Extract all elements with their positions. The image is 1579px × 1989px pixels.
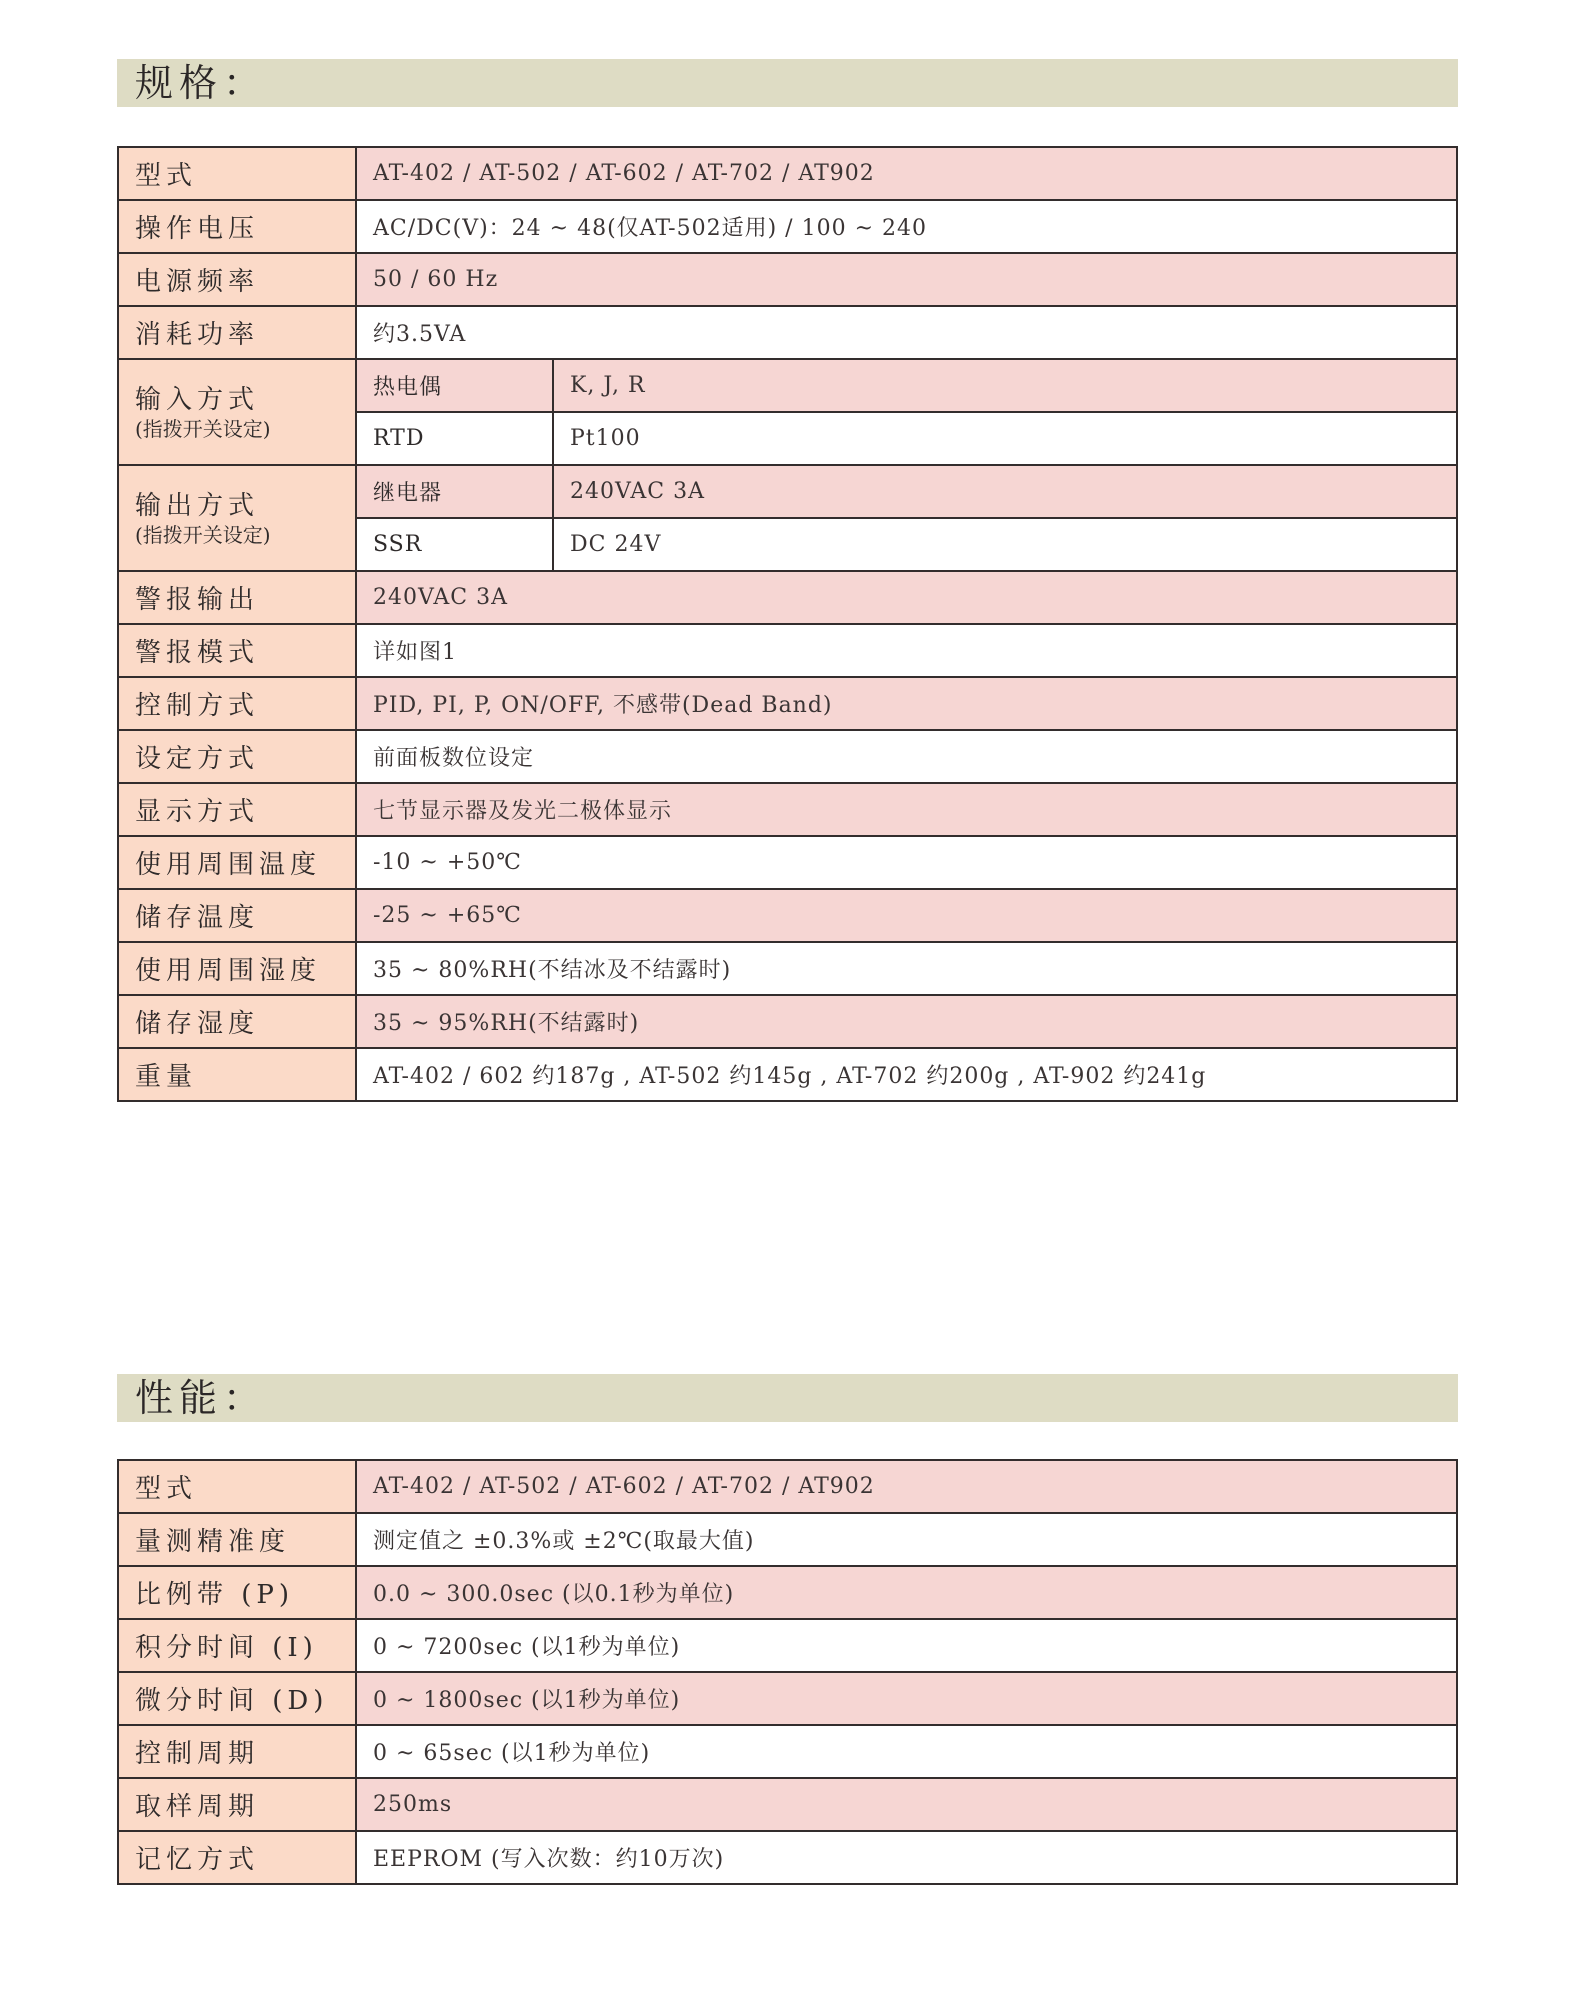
spec-table: 型式 AT-402 / AT-502 / AT-602 / AT-702 / A… (117, 146, 1458, 1102)
output-value: DC 24V (553, 518, 1457, 571)
performance-table: 型式 AT-402 / AT-502 / AT-602 / AT-702 / A… (117, 1459, 1458, 1885)
table-row: 微分时间 (D) 0 ~ 1800sec (以1秒为单位) (118, 1672, 1457, 1725)
output-note: (指拨开关设定) (135, 523, 355, 547)
row-value: AT-402 / AT-502 / AT-602 / AT-702 / AT90… (356, 147, 1457, 200)
row-value: 240VAC 3A (356, 571, 1457, 624)
row-value: 35 ~ 80%RH(不结冰及不结露时) (356, 942, 1457, 995)
row-value: 测定值之 ±0.3%或 ±2℃(取最大值) (356, 1513, 1457, 1566)
spec-section-header: 规格： (117, 59, 1458, 107)
spec-section-title: 规格： (135, 60, 267, 106)
output-label: 输出方式 (135, 489, 355, 523)
table-row: 型式 AT-402 / AT-502 / AT-602 / AT-702 / A… (118, 1460, 1457, 1513)
row-label: 重量 (118, 1048, 356, 1101)
row-value: EEPROM (写入次数：约10万次) (356, 1831, 1457, 1884)
row-label: 储存温度 (118, 889, 356, 942)
table-row: 记忆方式 EEPROM (写入次数：约10万次) (118, 1831, 1457, 1884)
output-label-cell: 输出方式 (指拨开关设定) (118, 465, 356, 571)
input-type: 热电偶 (356, 359, 553, 412)
row-label: 型式 (118, 1460, 356, 1513)
input-note: (指拨开关设定) (135, 417, 355, 441)
table-row: 使用周围湿度 35 ~ 80%RH(不结冰及不结露时) (118, 942, 1457, 995)
table-row: 警报模式 详如图1 (118, 624, 1457, 677)
row-label: 警报模式 (118, 624, 356, 677)
row-label: 使用周围温度 (118, 836, 356, 889)
row-label: 操作电压 (118, 200, 356, 253)
row-value: PID, PI, P, ON/OFF, 不感带(Dead Band) (356, 677, 1457, 730)
row-label: 显示方式 (118, 783, 356, 836)
performance-section-header: 性能： (117, 1374, 1458, 1422)
row-label: 警报输出 (118, 571, 356, 624)
row-label: 使用周围湿度 (118, 942, 356, 995)
output-type: 继电器 (356, 465, 553, 518)
row-label: 控制周期 (118, 1725, 356, 1778)
input-value: Pt100 (553, 412, 1457, 465)
row-value: -25 ~ +65℃ (356, 889, 1457, 942)
row-value: AT-402 / AT-502 / AT-602 / AT-702 / AT90… (356, 1460, 1457, 1513)
table-row: 显示方式 七节显示器及发光二极体显示 (118, 783, 1457, 836)
input-row: 输入方式 (指拨开关设定) 热电偶 K, J, R (118, 359, 1457, 412)
row-label: 设定方式 (118, 730, 356, 783)
output-row: 输出方式 (指拨开关设定) 继电器 240VAC 3A (118, 465, 1457, 518)
row-value: -10 ~ +50℃ (356, 836, 1457, 889)
input-type: RTD (356, 412, 553, 465)
row-label: 积分时间 (I) (118, 1619, 356, 1672)
row-label: 储存湿度 (118, 995, 356, 1048)
row-label: 比例带 (P) (118, 1566, 356, 1619)
row-value: 七节显示器及发光二极体显示 (356, 783, 1457, 836)
table-row: 取样周期 250ms (118, 1778, 1457, 1831)
table-row: 重量 AT-402 / 602 约187g , AT-502 约145g , A… (118, 1048, 1457, 1101)
row-label: 电源频率 (118, 253, 356, 306)
row-value: 0 ~ 1800sec (以1秒为单位) (356, 1672, 1457, 1725)
table-row: 控制周期 0 ~ 65sec (以1秒为单位) (118, 1725, 1457, 1778)
row-label: 取样周期 (118, 1778, 356, 1831)
row-label: 控制方式 (118, 677, 356, 730)
table-row: 设定方式 前面板数位设定 (118, 730, 1457, 783)
input-label-cell: 输入方式 (指拨开关设定) (118, 359, 356, 465)
input-label: 输入方式 (135, 383, 355, 417)
row-label: 记忆方式 (118, 1831, 356, 1884)
table-row: 操作电压 AC/DC(V)：24 ~ 48(仅AT-502适用) / 100 ~… (118, 200, 1457, 253)
row-value: 0 ~ 65sec (以1秒为单位) (356, 1725, 1457, 1778)
performance-section-title: 性能： (135, 1375, 267, 1421)
output-value: 240VAC 3A (553, 465, 1457, 518)
row-value: 0.0 ~ 300.0sec (以0.1秒为单位) (356, 1566, 1457, 1619)
table-row: 使用周围温度 -10 ~ +50℃ (118, 836, 1457, 889)
table-row: 积分时间 (I) 0 ~ 7200sec (以1秒为单位) (118, 1619, 1457, 1672)
row-value: AT-402 / 602 约187g , AT-502 约145g , AT-7… (356, 1048, 1457, 1101)
table-row: 电源频率 50 / 60 Hz (118, 253, 1457, 306)
table-row: 型式 AT-402 / AT-502 / AT-602 / AT-702 / A… (118, 147, 1457, 200)
table-row: 控制方式 PID, PI, P, ON/OFF, 不感带(Dead Band) (118, 677, 1457, 730)
table-row: 消耗功率 约3.5VA (118, 306, 1457, 359)
table-row: 储存湿度 35 ~ 95%RH(不结露时) (118, 995, 1457, 1048)
row-label: 型式 (118, 147, 356, 200)
row-value: 250ms (356, 1778, 1457, 1831)
row-value: 35 ~ 95%RH(不结露时) (356, 995, 1457, 1048)
table-row: 比例带 (P) 0.0 ~ 300.0sec (以0.1秒为单位) (118, 1566, 1457, 1619)
row-value: 约3.5VA (356, 306, 1457, 359)
table-row: 警报输出 240VAC 3A (118, 571, 1457, 624)
table-row: 量测精准度 测定值之 ±0.3%或 ±2℃(取最大值) (118, 1513, 1457, 1566)
row-label: 量测精准度 (118, 1513, 356, 1566)
row-label: 消耗功率 (118, 306, 356, 359)
input-value: K, J, R (553, 359, 1457, 412)
row-value: 详如图1 (356, 624, 1457, 677)
row-value: 0 ~ 7200sec (以1秒为单位) (356, 1619, 1457, 1672)
row-value: AC/DC(V)：24 ~ 48(仅AT-502适用) / 100 ~ 240 (356, 200, 1457, 253)
row-value: 50 / 60 Hz (356, 253, 1457, 306)
row-label: 微分时间 (D) (118, 1672, 356, 1725)
row-value: 前面板数位设定 (356, 730, 1457, 783)
output-type: SSR (356, 518, 553, 571)
table-row: 储存温度 -25 ~ +65℃ (118, 889, 1457, 942)
